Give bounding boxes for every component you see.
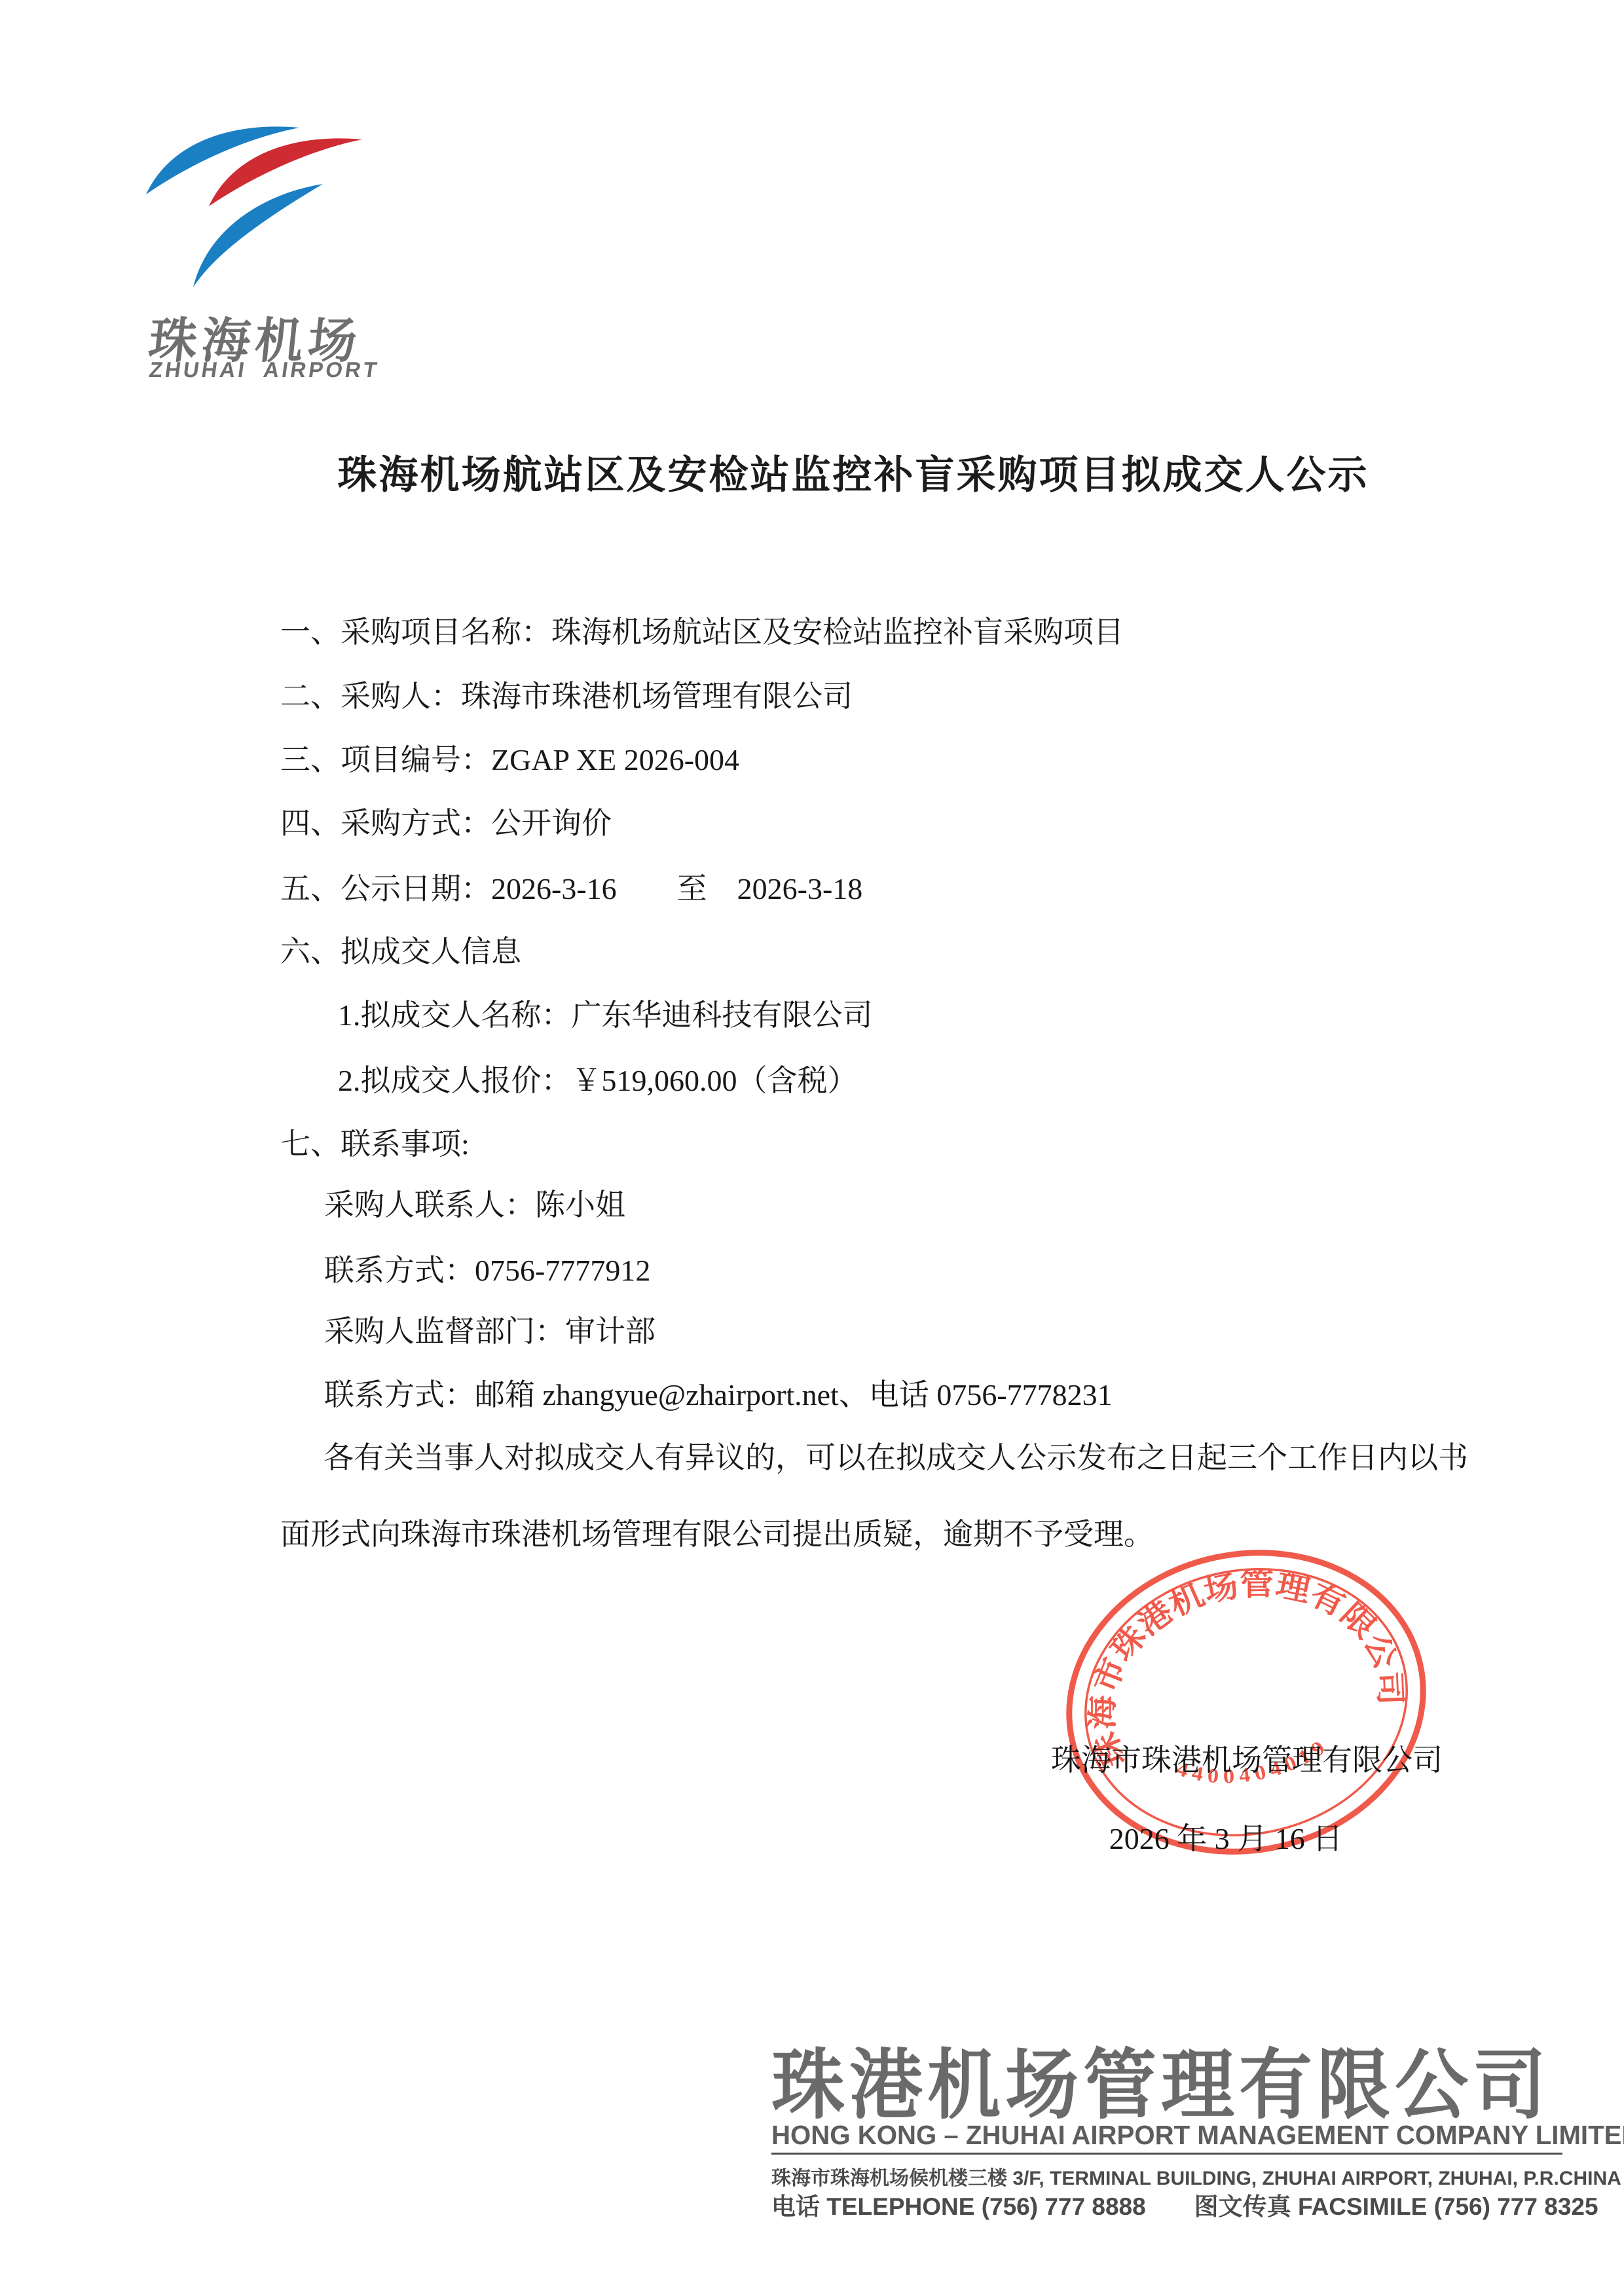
body-line-contact-email: 联系方式：邮箱 zhangyue@zhairport.net、电话 0756-7… [324,1376,1113,1414]
body-line-item-5: 五、公示日期：2026-3-16 至 2026-3-18 [280,870,862,908]
scanned-document-page: 珠海机场 ZHUHAI AIRPORT 珠海机场航站区及安检站监控补盲采购项目拟… [0,0,1624,2296]
body-line-item-1: 一、采购项目名称：珠海机场航站区及安检站监控补盲采购项目 [280,613,1124,651]
footer-company-chinese: 珠港机场管理有限公司 [771,2024,1551,2134]
body-paragraph-line-1: 各有关当事人对拟成交人有异议的，可以在拟成交人公示发布之日起三个工作日内以书 [323,1439,1468,1477]
body-line-item-7: 七、联系事项: [280,1125,470,1163]
document-title: 珠海机场航站区及安检站监控补盲采购项目拟成交人公示 [338,444,1369,500]
signature-company: 珠海市珠港机场管理有限公司 [1051,1736,1443,1779]
body-line-supervisor: 采购人监督部门：审计部 [324,1313,655,1351]
body-line-contact-name: 采购人联系人：陈小姐 [324,1186,625,1224]
zhuhai-airport-logo-icon [141,121,370,298]
body-line-sub-1: 1.拟成交人名称：广东华迪科技有限公司 [338,996,873,1034]
body-line-sub-2: 2.拟成交人报价：￥519,060.00（含税） [338,1062,858,1100]
body-line-item-2: 二、采购人：珠海市珠港机场管理有限公司 [280,678,853,716]
footer-divider-line [771,2153,1562,2155]
red-seal-stamp: 珠海市珠港机场管理有限公司 4400404019 [1060,1546,1433,1861]
body-line-contact-phone: 联系方式：0756-7777912 [324,1252,650,1290]
signature-date: 2026 年 3 月 16 日 [1109,1815,1343,1858]
footer-company-english: HONG KONG – ZHUHAI AIRPORT MANAGEMENT CO… [771,2120,1624,2151]
logo-english-wordmark: ZHUHAI AIRPORT [147,357,380,382]
body-paragraph-line-2: 面形式向珠海市珠港机场管理有限公司提出质疑，逾期不予受理。 [280,1516,1154,1554]
body-line-item-3: 三、项目编号：ZGAP XE 2026-004 [280,741,739,779]
footer-phone-fax: 电话 TELEPHONE (756) 777 8888 图文传真 FACSIMI… [771,2187,1598,2222]
body-line-item-4: 四、采购方式：公开询价 [280,805,612,843]
body-line-item-6: 六、拟成交人信息 [280,933,521,971]
